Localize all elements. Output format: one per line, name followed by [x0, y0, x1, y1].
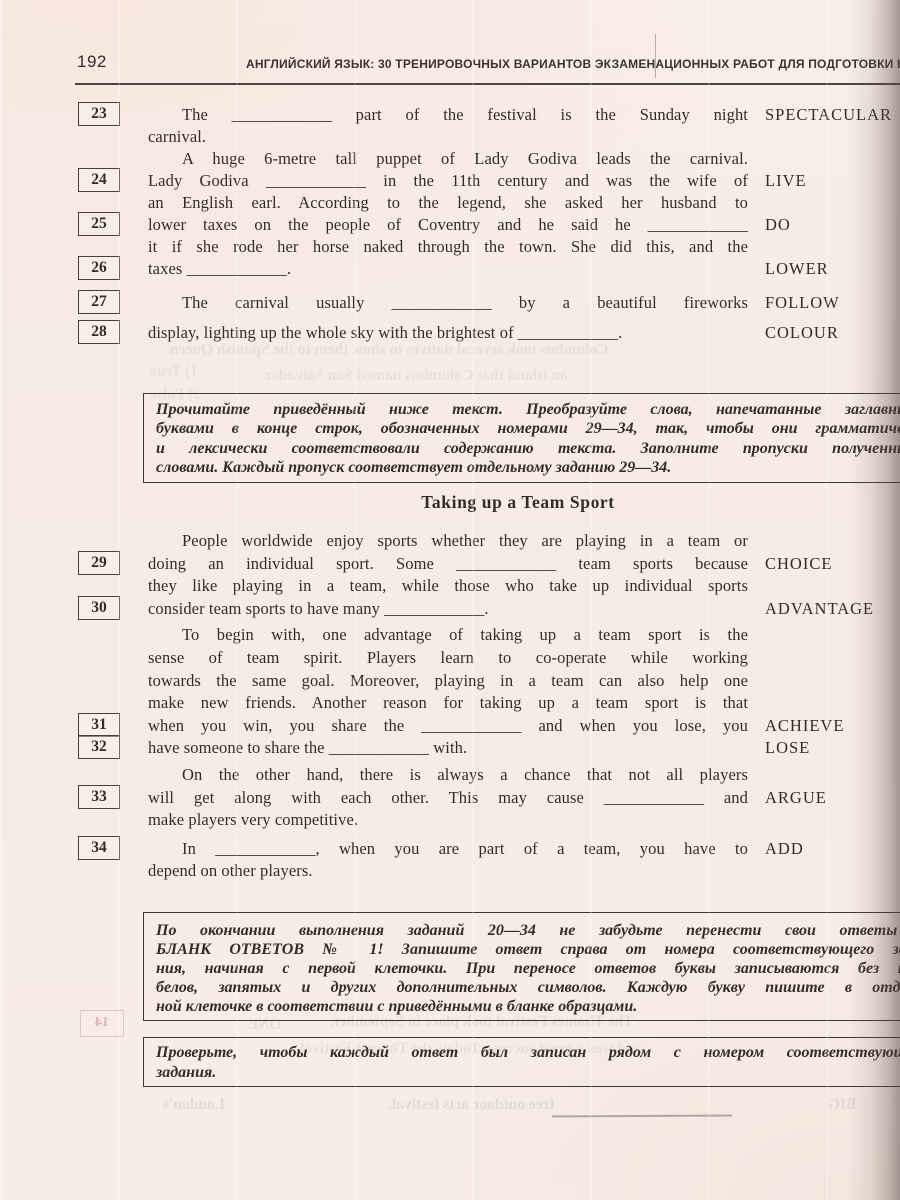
- tasks-23-28: 23The ____________ part of the festival …: [148, 104, 748, 344]
- task-row: 33will get along with each other. This m…: [148, 787, 748, 810]
- task-text: make new friends. Another reason for tak…: [148, 692, 748, 715]
- task-text: when you win, you share the ____________…: [148, 715, 748, 738]
- ghost-text: 1) True: [150, 363, 198, 381]
- ghost-text: an island that Columbus named San Salvad…: [262, 367, 568, 385]
- task-row: 24Lady Godiva ____________ in the 11th c…: [148, 170, 748, 192]
- task-text: carnival.: [148, 126, 748, 148]
- task-answer-word: DO: [765, 214, 791, 236]
- task-text: it if she rode her horse naked through t…: [148, 236, 748, 258]
- task-number-box: 24: [78, 168, 120, 192]
- instruction-line: буквами в конце строк, обозначенных номе…: [156, 419, 900, 438]
- instruction-line: и лексически соответствовали содержанию …: [156, 439, 900, 458]
- ghost-task-number-box: 14: [80, 1010, 124, 1037]
- task-text: depend on other players.: [148, 860, 748, 883]
- task-text: doing an individual sport. Some ________…: [148, 553, 748, 576]
- book-page: 192 АНГЛИЙСКИЙ ЯЗЫК: 30 ТРЕНИРОВОЧНЫХ ВА…: [0, 0, 900, 1200]
- instruction-box-29-34: Прочитайте приведённый ниже текст. Преоб…: [143, 393, 900, 483]
- task-answer-word: LOWER: [765, 258, 829, 280]
- task-answer-word: COLOUR: [765, 322, 839, 344]
- ghost-text: free outdoor arts festival.: [388, 1096, 554, 1114]
- task-row: they like playing in a team, while those…: [148, 575, 748, 598]
- task-row: On the other hand, there is always a cha…: [148, 764, 748, 787]
- task-row: carnival.: [148, 126, 748, 148]
- task-text: To begin with, one advantage of taking u…: [148, 624, 748, 647]
- task-row: To begin with, one advantage of taking u…: [148, 624, 748, 647]
- task-row: 31when you win, you share the __________…: [148, 715, 748, 738]
- task-row: 26taxes ____________.LOWER: [148, 258, 748, 280]
- task-text: display, lighting up the whole sky with …: [148, 322, 748, 344]
- task-row: 34In ____________, when you are part of …: [148, 838, 748, 861]
- task-text: People worldwide enjoy sports whether th…: [148, 530, 748, 553]
- instruction-line: задания.: [156, 1063, 900, 1083]
- answer-sheet-note-box: По окончании выполнения заданий 20—34 не…: [143, 912, 900, 1021]
- tasks-29-34: People worldwide enjoy sports whether th…: [148, 530, 748, 883]
- task-answer-word: ACHIEVE: [765, 715, 844, 738]
- instruction-line: По окончании выполнения заданий 20—34 не…: [156, 921, 900, 940]
- check-answers-note-box: Проверьте, чтобы каждый ответ был записа…: [143, 1037, 900, 1087]
- text-title: Taking up a Team Sport: [148, 492, 888, 513]
- task-row: 32have someone to share the ____________…: [148, 737, 748, 760]
- task-row: 25lower taxes on the people of Coventry …: [148, 214, 748, 236]
- task-text: they like playing in a team, while those…: [148, 575, 748, 598]
- task-text: have someone to share the ____________ w…: [148, 737, 748, 760]
- task-row: 23The ____________ part of the festival …: [148, 104, 748, 126]
- task-row: make players very competitive.: [148, 809, 748, 832]
- running-header: АНГЛИЙСКИЙ ЯЗЫК: 30 ТРЕНИРОВОЧНЫХ ВАРИАН…: [246, 57, 900, 71]
- task-row: make new friends. Another reason for tak…: [148, 692, 748, 715]
- task-number-box: 29: [78, 551, 120, 575]
- task-answer-word: LOSE: [765, 737, 810, 760]
- task-row: depend on other players.: [148, 860, 748, 883]
- task-answer-word: CHOICE: [765, 553, 832, 576]
- task-row: it if she rode her horse naked through t…: [148, 236, 748, 258]
- task-number-box: 33: [78, 785, 120, 809]
- task-number-box: 31: [78, 713, 120, 737]
- ghost-text: BIG: [828, 1096, 856, 1114]
- instruction-line: ной клеточке в соответствии с приведённы…: [156, 997, 900, 1016]
- header-rule: [75, 83, 900, 85]
- task-answer-word: SPECTACULAR: [765, 104, 892, 126]
- task-row: an English earl. According to the legend…: [148, 192, 748, 214]
- task-text: towards the same goal. Moreover, playing…: [148, 670, 748, 693]
- task-text: taxes ____________.: [148, 258, 748, 280]
- task-answer-word: ADVANTAGE: [765, 598, 874, 621]
- instruction-line: белов, запятых и других дополнительных с…: [156, 978, 900, 997]
- task-number-box: 32: [78, 735, 120, 759]
- task-text: make players very competitive.: [148, 809, 748, 832]
- instruction-line: ния, начиная с первой клеточки. При пере…: [156, 959, 900, 978]
- task-number-box: 26: [78, 256, 120, 280]
- task-text: sense of team spirit. Players learn to c…: [148, 647, 748, 670]
- task-text: On the other hand, there is always a cha…: [148, 764, 748, 787]
- task-text: The ____________ part of the festival is…: [148, 104, 748, 126]
- task-number-box: 27: [78, 290, 120, 314]
- task-row: 27The carnival usually ____________ by a…: [148, 292, 748, 314]
- task-number-box: 34: [78, 836, 120, 860]
- task-text: The carnival usually ____________ by a b…: [148, 292, 748, 314]
- instruction-line: Проверьте, чтобы каждый ответ был записа…: [156, 1043, 900, 1063]
- ghost-text: London's: [163, 1096, 225, 1114]
- task-number-box: 28: [78, 320, 120, 344]
- task-text: In ____________, when you are part of a …: [148, 838, 748, 861]
- task-row: A huge 6-metre tall puppet of Lady Godiv…: [148, 148, 748, 170]
- task-row: People worldwide enjoy sports whether th…: [148, 530, 748, 553]
- task-row: 29doing an individual sport. Some ______…: [148, 553, 748, 576]
- pencil-mark: [552, 1115, 732, 1118]
- task-text: Lady Godiva ____________ in the 11th cen…: [148, 170, 748, 192]
- task-row: 30consider team sports to have many ____…: [148, 598, 748, 621]
- task-row: 28display, lighting up the whole sky wit…: [148, 322, 748, 344]
- task-answer-word: ADD: [765, 838, 804, 861]
- task-text: consider team sports to have many ______…: [148, 598, 748, 621]
- task-answer-word: FOLLOW: [765, 292, 840, 314]
- instruction-line: БЛАНК ОТВЕТОВ № 1! Запишите ответ справа…: [156, 940, 900, 959]
- task-number-box: 25: [78, 212, 120, 236]
- task-row: towards the same goal. Moreover, playing…: [148, 670, 748, 693]
- task-text: lower taxes on the people of Coventry an…: [148, 214, 748, 236]
- task-number-box: 30: [78, 596, 120, 620]
- scratch-mark: [655, 34, 656, 78]
- task-text: will get along with each other. This may…: [148, 787, 748, 810]
- instruction-line: Прочитайте приведённый ниже текст. Преоб…: [156, 400, 900, 419]
- task-answer-word: LIVE: [765, 170, 807, 192]
- task-answer-word: ARGUE: [765, 787, 827, 810]
- task-text: A huge 6-metre tall puppet of Lady Godiv…: [148, 148, 748, 170]
- task-text: an English earl. According to the legend…: [148, 192, 748, 214]
- page-number: 192: [77, 52, 107, 72]
- task-row: sense of team spirit. Players learn to c…: [148, 647, 748, 670]
- instruction-line: словами. Каждый пропуск соответствует от…: [156, 458, 900, 477]
- task-number-box: 23: [78, 102, 120, 126]
